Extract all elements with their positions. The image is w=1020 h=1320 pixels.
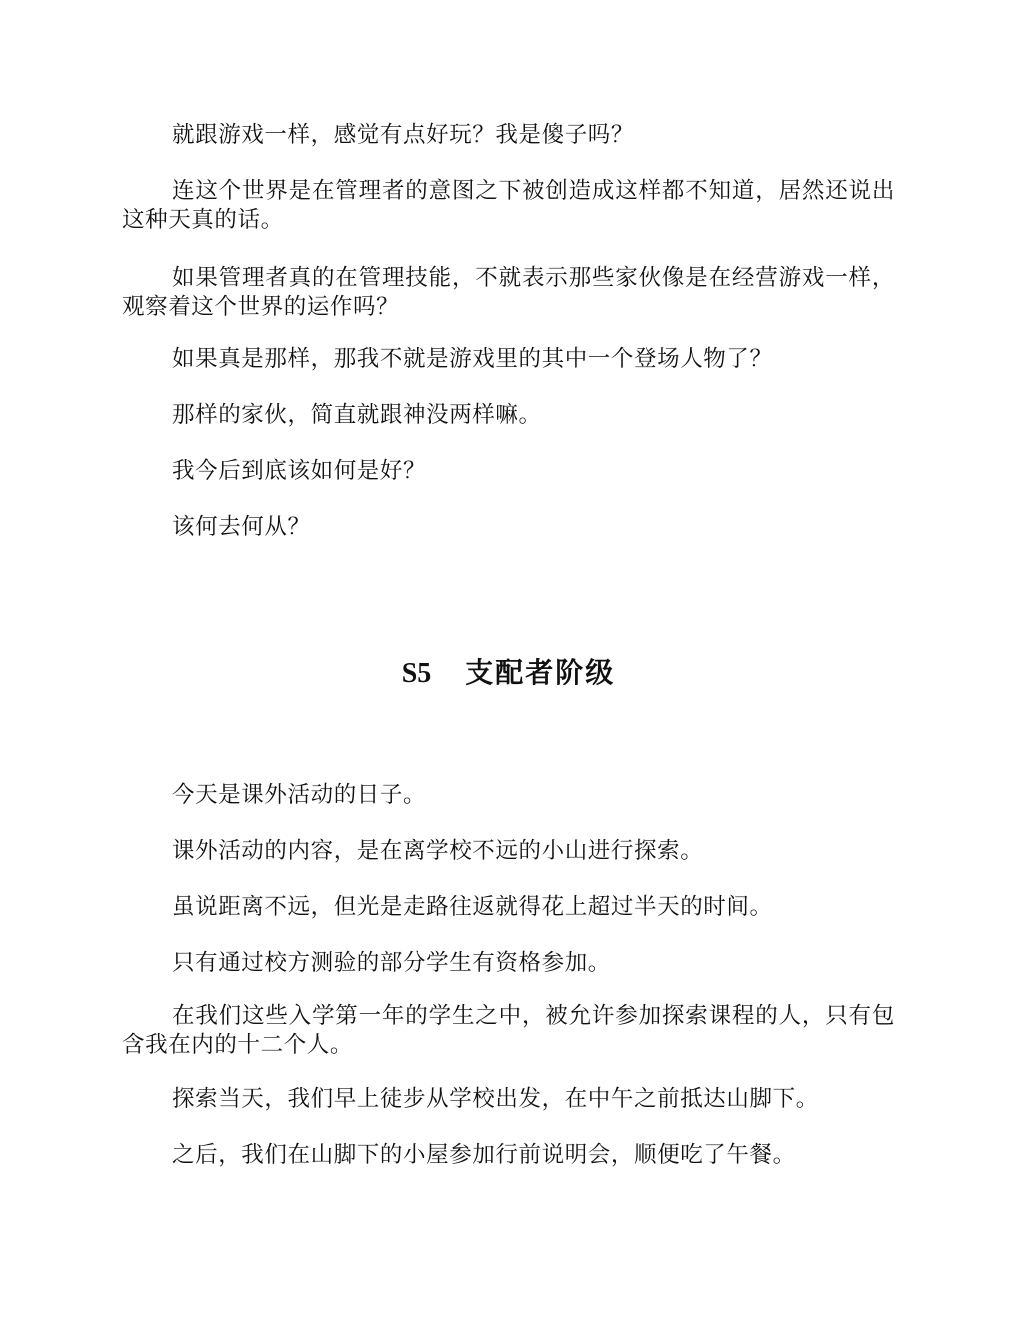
paragraph: 在我们这些入学第一年的学生之中，被允许参加探索课程的人，只有包含我在内的十二个人… [122,1002,895,1060]
paragraph: 我今后到底该如何是好？ [122,457,895,486]
chapter-title: 支配者阶级 [465,656,615,689]
chapter-number: S5 [402,658,432,689]
paragraph: 之后，我们在山脚下的小屋参加行前说明会，顺便吃了午餐。 [122,1141,895,1170]
chapter-heading: S5支配者阶级 [122,655,895,692]
paragraph: 探索当天，我们早上徒步从学校出发，在中午之前抵达山脚下。 [122,1085,895,1114]
paragraph: 如果管理者真的在管理技能，不就表示那些家伙像是在经营游戏一样，观察着这个世界的运… [122,264,895,322]
paragraph: 该何去何从？ [122,513,895,542]
paragraph: 那样的家伙，简直就跟神没两样嘛。 [122,401,895,430]
paragraph: 就跟游戏一样，感觉有点好玩？我是傻子吗？ [122,121,895,150]
paragraph: 连这个世界是在管理者的意图之下被创造成这样都不知道，居然还说出这种天真的话。 [122,177,895,235]
paragraph: 课外活动的内容，是在离学校不远的小山进行探索。 [122,837,895,866]
paragraph: 虽说距离不远，但光是走路往返就得花上超过半天的时间。 [122,893,895,922]
paragraph: 如果真是那样，那我不就是游戏里的其中一个登场人物了？ [122,345,895,374]
paragraph: 今天是课外活动的日子。 [122,781,895,810]
paragraph: 只有通过校方测验的部分学生有资格参加。 [122,949,895,978]
